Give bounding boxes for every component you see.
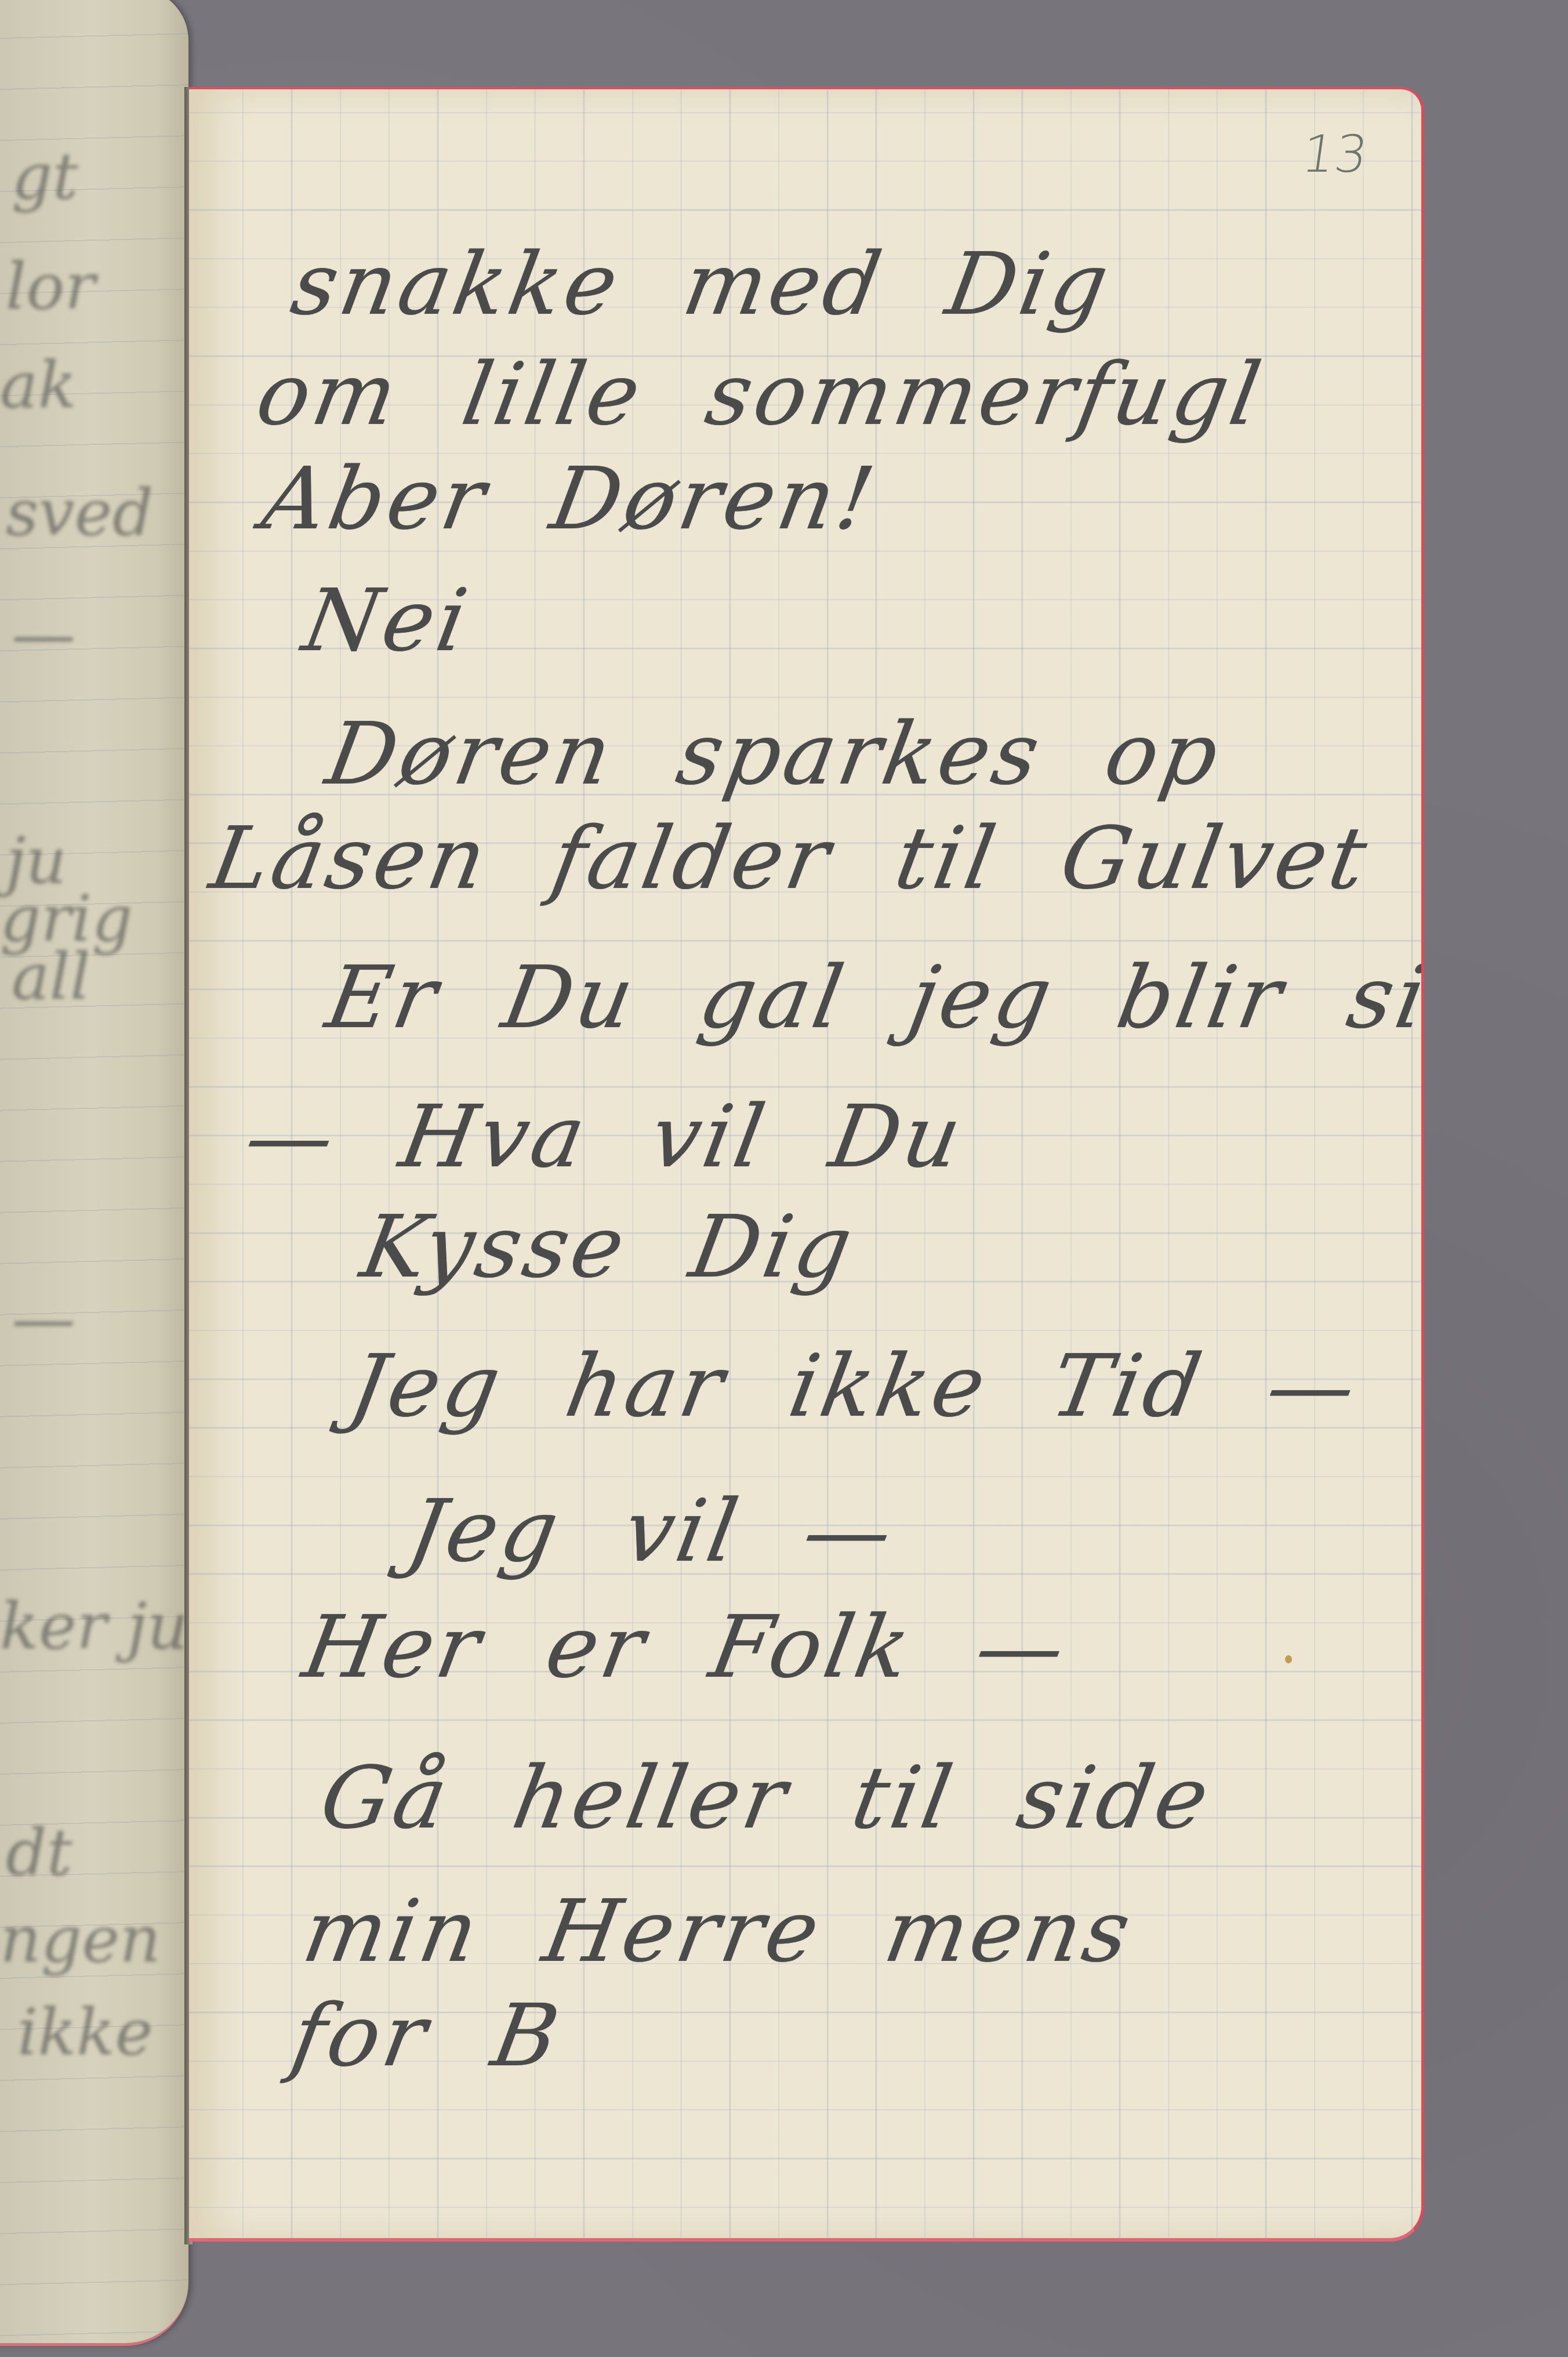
left-fragment: lor — [6, 249, 95, 324]
handwritten-line: Er Du gal jeg blir sint — [320, 948, 1424, 1047]
left-fragment: ikke — [17, 1995, 153, 2069]
handwritten-line: Jeg har ikke Tid — — [343, 1336, 1367, 1436]
handwritten-line: — Hva vil Du — [238, 1087, 972, 1187]
handwritten-line: min Herre mens — [296, 1881, 1141, 1981]
left-fragment: ngen — [0, 1902, 161, 1977]
left-fragment: sved — [6, 476, 153, 550]
right-page: 13 snakke med Dig om lille sommerfugl Ab… — [189, 87, 1424, 2242]
left-fragment: dt — [6, 1815, 72, 1890]
left-fragment: — — [12, 1282, 75, 1356]
handwritten-line: Aber Døren! — [256, 449, 884, 549]
handwritten-line: Nei — [296, 571, 478, 670]
handwritten-line: for B — [285, 1986, 569, 2086]
handwritten-line: Jeg vil — — [401, 1481, 903, 1581]
left-fragment: all — [12, 940, 90, 1014]
handwritten-line: Her er Folk — — [296, 1597, 1076, 1697]
left-fragment: ker ju — [0, 1589, 188, 1663]
handwritten-line: Låsen falder til Gulvet — — [204, 808, 1424, 908]
page-number: 13 — [1298, 124, 1371, 184]
paper-stain — [1285, 1655, 1292, 1663]
handwritten-line: Kysse Dig — [354, 1197, 862, 1297]
left-fragment: gt — [12, 139, 78, 213]
handwritten-line: Gå heller til side — [314, 1748, 1219, 1848]
left-page: gt lor ak sved — ju grig all — ker ju dt… — [0, 0, 188, 2346]
left-fragment: ak — [0, 348, 77, 422]
handwritten-line: Døren sparkes op — [320, 704, 1229, 804]
handwritten-line: om lille sommerfugl — [250, 345, 1271, 444]
handwritten-line: snakke med Dig — [285, 234, 1119, 334]
left-fragment: — — [12, 597, 75, 672]
